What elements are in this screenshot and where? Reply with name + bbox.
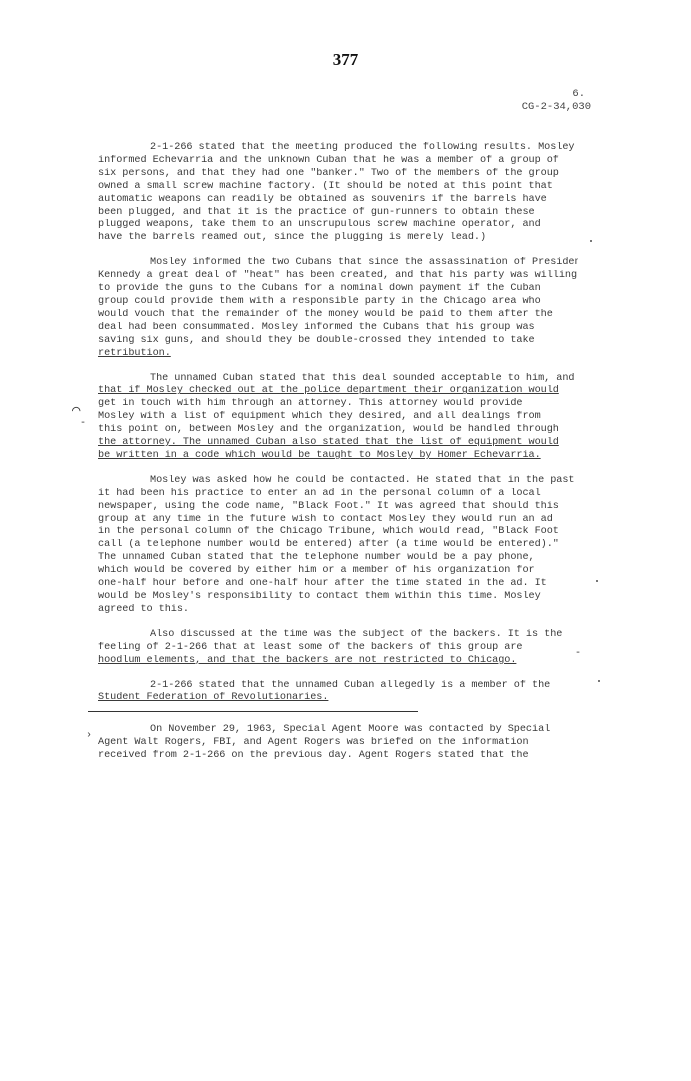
text-line: it had been his practice to enter an ad … bbox=[98, 488, 578, 501]
text-line: 2-1-266 stated that the unnamed Cuban al… bbox=[98, 680, 578, 693]
scan-speck bbox=[596, 580, 598, 582]
text-line: Mosley was asked how he could be contact… bbox=[98, 475, 578, 488]
text-line: plugged weapons, take them to an unscrup… bbox=[98, 219, 578, 232]
text-line: call (a telephone number would be entere… bbox=[98, 539, 578, 552]
text-line: in the personal column of the Chicago Tr… bbox=[98, 526, 578, 539]
text-line: hoodlum elements, and that the backers a… bbox=[98, 655, 578, 668]
paragraph-attorney: The unnamed Cuban stated that this deal … bbox=[98, 373, 578, 463]
text-line: would vouch that the remainder of the mo… bbox=[98, 309, 578, 322]
text-line: agreed to this. bbox=[98, 604, 578, 617]
text-line: automatic weapons can readily be obtaine… bbox=[98, 194, 578, 207]
text-line: Student Federation of Revolutionaries. bbox=[98, 692, 578, 705]
text-line: received from 2-1-266 on the previous da… bbox=[98, 750, 578, 763]
text-line: to provide the guns to the Cubans for a … bbox=[98, 283, 578, 296]
text-line: six persons, and that they had one "bank… bbox=[98, 168, 578, 181]
text-line: Agent Walt Rogers, FBI, and Agent Rogers… bbox=[98, 737, 578, 750]
text-line: Mosley informed the two Cubans that sinc… bbox=[98, 257, 578, 270]
header-page-number: 6. bbox=[522, 88, 591, 101]
text-line: one-half hour before and one-half hour a… bbox=[98, 578, 578, 591]
text-line: group could provide them with a responsi… bbox=[98, 296, 578, 309]
margin-bracket-mark: ⌒ bbox=[72, 402, 80, 419]
margin-tick-mark: - bbox=[575, 648, 581, 659]
text-line: feeling of 2-1-266 that at least some of… bbox=[98, 642, 578, 655]
text-line: be written in a code which would be taug… bbox=[98, 450, 578, 463]
header-reference: 6. CG-2-34,030 bbox=[522, 88, 591, 114]
paragraph-student-federation: 2-1-266 stated that the unnamed Cuban al… bbox=[98, 680, 578, 706]
text-line: 2-1-266 stated that the meeting produced… bbox=[98, 142, 578, 155]
scan-speck bbox=[590, 240, 592, 242]
text-line: been plugged, and that it is the practic… bbox=[98, 207, 578, 220]
text-line: The unnamed Cuban stated that this deal … bbox=[98, 373, 578, 386]
text-line: have the barrels reamed out, since the p… bbox=[98, 232, 578, 245]
text-line: saving six guns, and should they be doub… bbox=[98, 335, 578, 348]
text-line: group at any time in the future wish to … bbox=[98, 514, 578, 527]
text-line: Mosley with a list of equipment which th… bbox=[98, 411, 578, 424]
text-line: would be Mosley's responsibility to cont… bbox=[98, 591, 578, 604]
text-line: owned a small screw machine factory. (It… bbox=[98, 181, 578, 194]
text-line: retribution. bbox=[98, 348, 578, 361]
text-line: newspaper, using the code name, "Black F… bbox=[98, 501, 578, 514]
document-body: 2-1-266 stated that the meeting produced… bbox=[98, 142, 578, 775]
text-line: which would be covered by either him or … bbox=[98, 565, 578, 578]
paragraph-meeting-results: 2-1-266 stated that the meeting produced… bbox=[98, 142, 578, 245]
paragraph-contact-method: Mosley was asked how he could be contact… bbox=[98, 475, 578, 617]
scan-speck bbox=[598, 680, 600, 682]
text-line: informed Echevarria and the unknown Cuba… bbox=[98, 155, 578, 168]
text-line: The unnamed Cuban stated that the teleph… bbox=[98, 552, 578, 565]
text-line: Also discussed at the time was the subje… bbox=[98, 629, 578, 642]
text-line: deal had been consummated. Mosley inform… bbox=[98, 322, 578, 335]
paragraph-backers: Also discussed at the time was the subje… bbox=[98, 629, 578, 668]
text-line: the attorney. The unnamed Cuban also sta… bbox=[98, 437, 578, 450]
text-line: that if Mosley checked out at the police… bbox=[98, 385, 578, 398]
horizontal-rule bbox=[88, 711, 418, 712]
margin-arrow-mark: › bbox=[86, 730, 92, 741]
margin-dash-mark: - bbox=[80, 418, 86, 429]
paragraph-november-29: On November 29, 1963, Special Agent Moor… bbox=[98, 724, 578, 763]
text-line: this point on, between Mosley and the or… bbox=[98, 424, 578, 437]
header-file-number: CG-2-34,030 bbox=[522, 101, 591, 114]
paragraph-heat-created: Mosley informed the two Cubans that sinc… bbox=[98, 257, 578, 360]
page-number: 377 bbox=[0, 50, 691, 70]
text-line: Kennedy a great deal of "heat" has been … bbox=[98, 270, 578, 283]
text-line: On November 29, 1963, Special Agent Moor… bbox=[98, 724, 578, 737]
text-line: get in touch with him through an attorne… bbox=[98, 398, 578, 411]
